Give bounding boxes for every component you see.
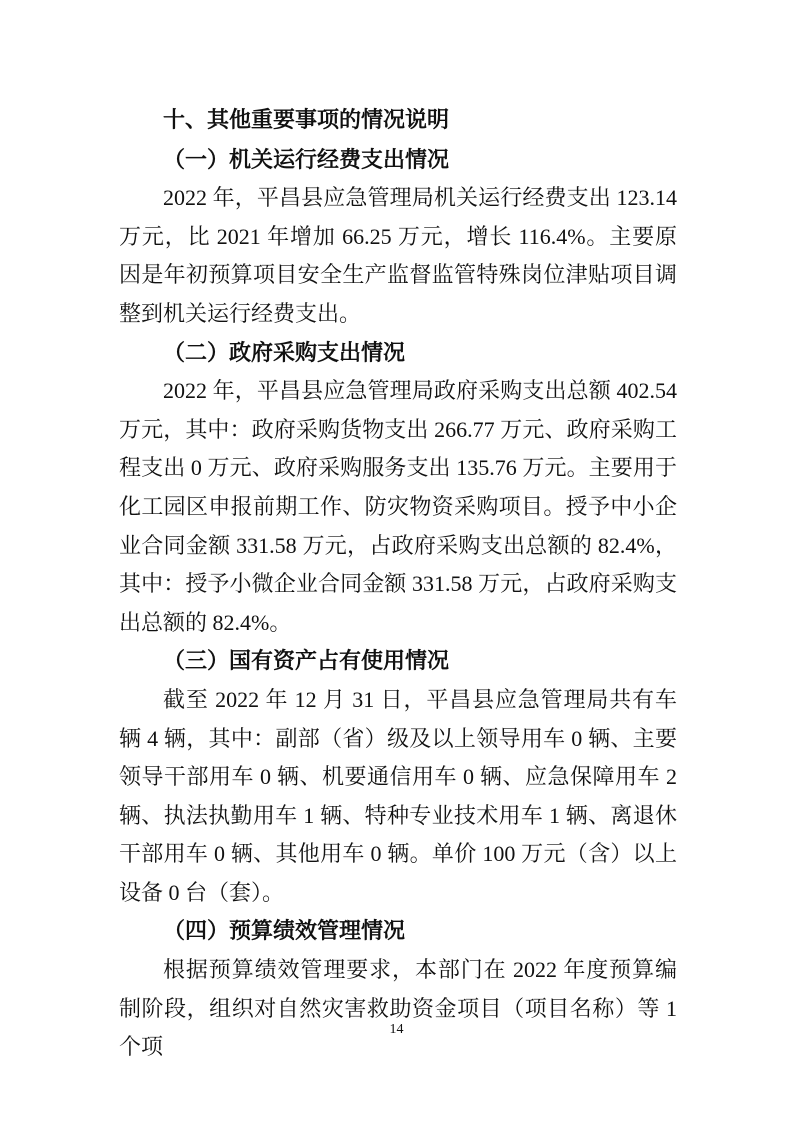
section-paragraph: 截至 2022 年 12 月 31 日，平昌县应急管理局共有车辆 4 辆，其中：…	[119, 681, 677, 913]
section-government-procurement: （二）政府采购支出情况 2022 年，平昌县应急管理局政府采购支出总额 402.…	[119, 334, 677, 643]
section-title: （三）国有资产占有使用情况	[119, 642, 677, 681]
document-content: 十、其他重要事项的情况说明 （一）机关运行经费支出情况 2022 年，平昌县应急…	[119, 102, 677, 1067]
section-agency-operating-expense: （一）机关运行经费支出情况 2022 年，平昌县应急管理局机关运行经费支出 12…	[119, 141, 677, 334]
document-page: 十、其他重要事项的情况说明 （一）机关运行经费支出情况 2022 年，平昌县应急…	[0, 0, 793, 1122]
section-title: （一）机关运行经费支出情况	[119, 141, 677, 180]
page-number: 14	[0, 1022, 793, 1038]
section-state-owned-assets: （三）国有资产占有使用情况 截至 2022 年 12 月 31 日，平昌县应急管…	[119, 642, 677, 912]
section-paragraph: 根据预算绩效管理要求，本部门在 2022 年度预算编制阶段，组织对自然灾害救助资…	[119, 951, 677, 1067]
document-heading: 十、其他重要事项的情况说明	[119, 102, 677, 141]
section-paragraph: 2022 年，平昌县应急管理局政府采购支出总额 402.54 万元，其中：政府采…	[119, 372, 677, 642]
section-title: （四）预算绩效管理情况	[119, 912, 677, 951]
section-title: （二）政府采购支出情况	[119, 334, 677, 373]
section-budget-performance: （四）预算绩效管理情况 根据预算绩效管理要求，本部门在 2022 年度预算编制阶…	[119, 912, 677, 1066]
section-paragraph: 2022 年，平昌县应急管理局机关运行经费支出 123.14 万元，比 2021…	[119, 179, 677, 333]
